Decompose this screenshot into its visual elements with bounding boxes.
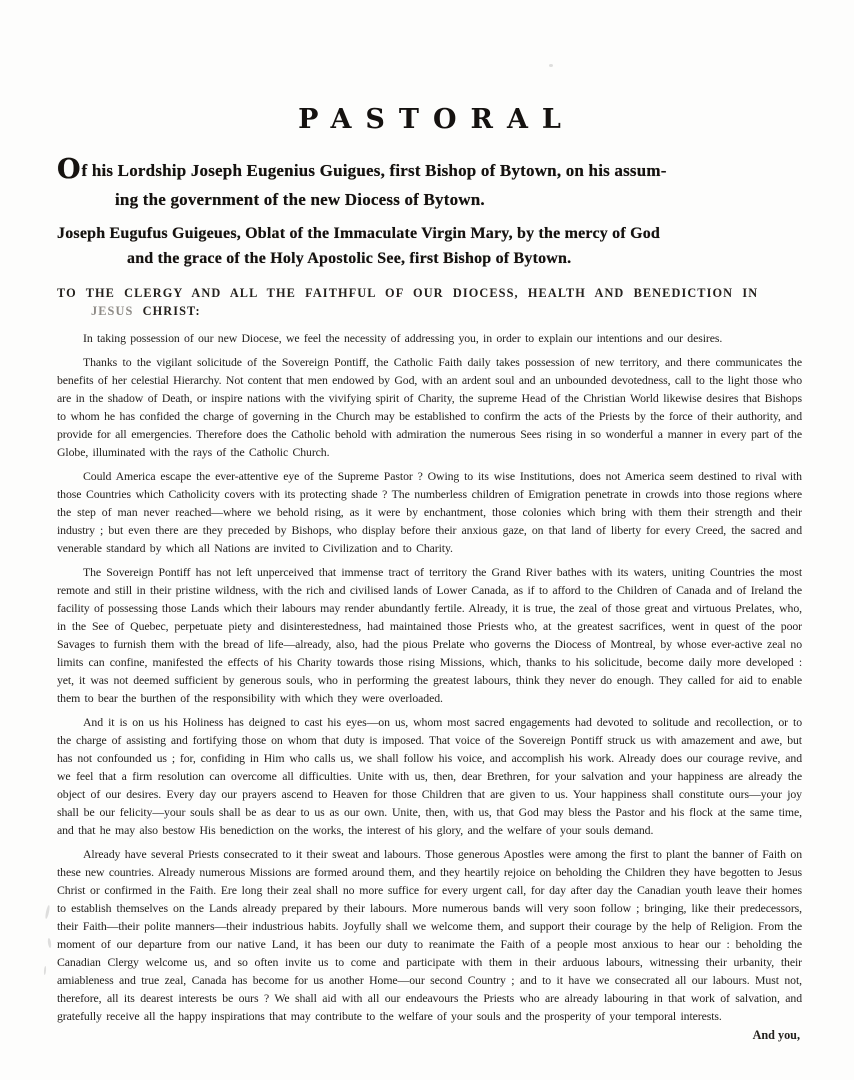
body-paragraph-1: In taking possession of our new Diocese,… [57,329,802,347]
salutation-faded-word: JESUS [91,304,133,318]
scan-artifact-mark [47,938,51,948]
body-paragraph-2: Thanks to the vigilant solicitude of the… [57,353,802,461]
formal-heading: Joseph Eugufus Guigeues, Oblat of the Im… [57,221,802,271]
catchword: And you, [57,1028,802,1043]
ornate-heading: Of his Lordship Joseph Eugenius Guigues,… [57,155,802,214]
scanned-pastoral-page: PASTORAL Of his Lordship Joseph Eugenius… [0,0,854,1080]
scan-artifact-mark [44,966,47,975]
salutation-line2: CHRIST: [143,304,201,318]
salutation-line1: TO THE CLERGY AND ALL THE FAITHFUL OF OU… [57,286,758,300]
ornate-heading-line1-text: f his Lordship Joseph Eugenius Guigues, … [82,161,667,180]
body-paragraph-4: The Sovereign Pontiff has not left unper… [57,563,802,707]
body-paragraph-6: Already have several Priests consecrated… [57,845,802,1025]
body-paragraph-5: And it is on us his Holiness has deigned… [57,713,802,839]
ornate-heading-line1: Of his Lordship Joseph Eugenius Guigues,… [57,155,802,185]
scan-artifact-mark [45,905,51,919]
ornate-heading-line2: ing the government of the new Diocess of… [57,185,802,214]
ornate-initial-letter: O [57,154,82,185]
page-title: PASTORAL [57,104,802,135]
text-column: PASTORAL Of his Lordship Joseph Eugenius… [57,0,802,1043]
formal-heading-line1: Joseph Eugufus Guigeues, Oblat of the Im… [57,221,802,246]
salutation: TO THE CLERGY AND ALL THE FAITHFUL OF OU… [57,284,802,320]
formal-heading-line2: and the grace of the Holy Apostolic See,… [57,246,802,271]
body-paragraph-3: Could America escape the ever-attentive … [57,467,802,557]
